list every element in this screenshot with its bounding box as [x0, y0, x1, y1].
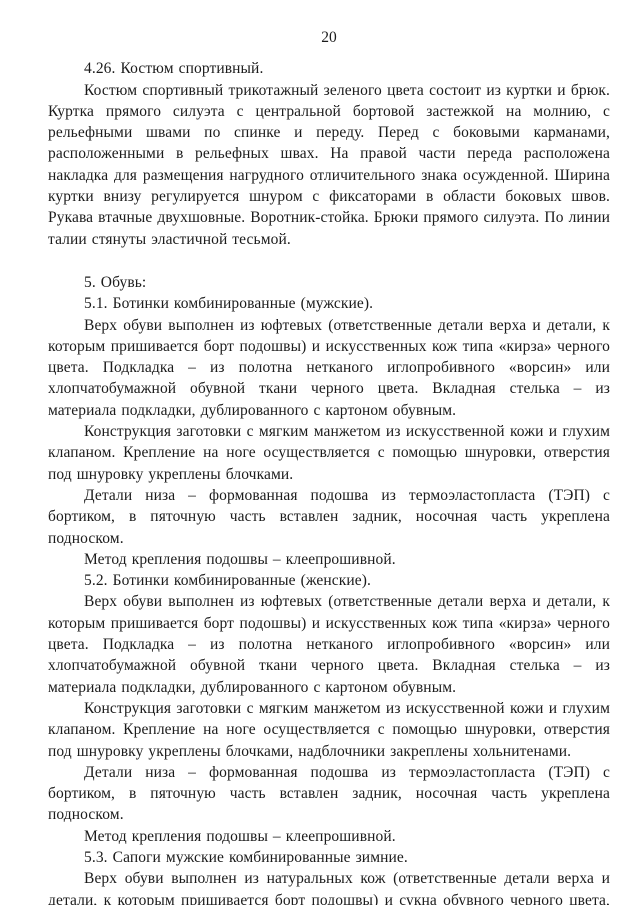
section-5-1-upper-text: Верх обуви выполнен из юфтевых (ответств… [48, 315, 610, 421]
section-5-1-heading: 5.1. Ботинки комбинированные (мужские). [48, 293, 610, 314]
section-5-2-construction-text: Конструкция заготовки с мягким манжетом … [48, 698, 610, 762]
section-5-1-method-text: Метод крепления подошвы – клеепрошивной. [48, 549, 610, 570]
section-4-26-heading: 4.26. Костюм спортивный. [48, 58, 610, 79]
document-page: 20 4.26. Костюм спортивный. Костюм спорт… [0, 0, 640, 905]
section-5-3-heading: 5.3. Сапоги мужские комбинированные зимн… [48, 847, 610, 868]
section-5-3-upper-text: Верх обуви выполнен из натуральных кож (… [48, 868, 610, 905]
section-5-2-method-text: Метод крепления подошвы – клеепрошивной. [48, 826, 610, 847]
section-5-2-sole-text: Детали низа – формованная подошва из тер… [48, 762, 610, 826]
section-5-1-construction-text: Конструкция заготовки с мягким манжетом … [48, 421, 610, 485]
section-5-2-upper-text: Верх обуви выполнен из юфтевых (ответств… [48, 591, 610, 697]
section-5-1-sole-text: Детали низа – формованная подошва из тер… [48, 485, 610, 549]
section-5-2-heading: 5.2. Ботинки комбинированные (женские). [48, 570, 610, 591]
section-4-26-body: Костюм спортивный трикотажный зеленого ц… [48, 80, 610, 250]
section-5-heading: 5. Обувь: [48, 272, 610, 293]
page-number: 20 [48, 27, 610, 48]
